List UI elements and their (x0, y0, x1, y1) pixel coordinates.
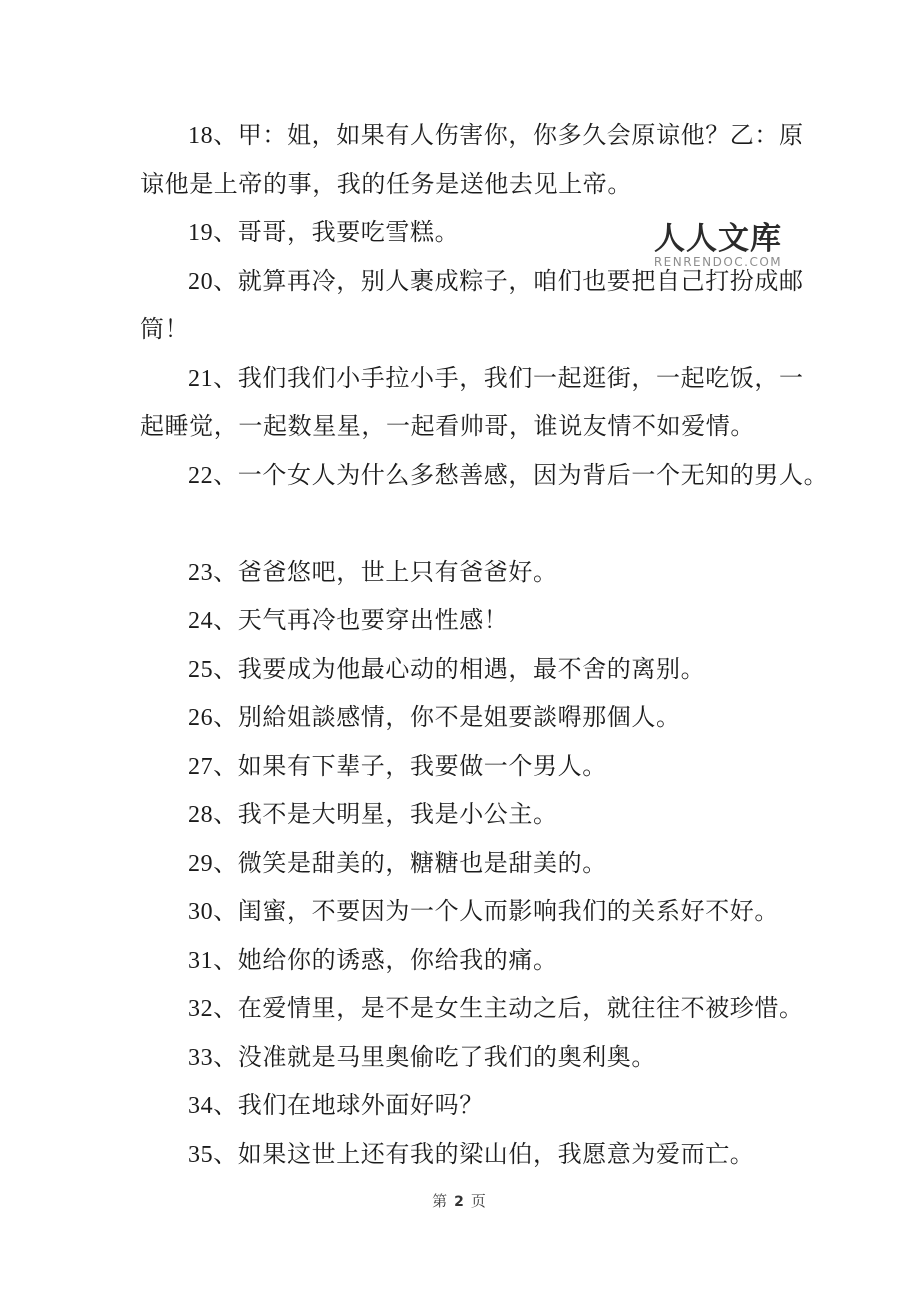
text-line: 30、闺蜜，不要因为一个人而影响我们的关系好不好。 (140, 888, 840, 937)
text-line: 20、就算再冷，别人裹成粽子，咱们也要把自己打扮成邮 (140, 258, 840, 307)
document-page: 人人文库 RENRENDOC.COM 18、甲：姐，如果有人伤害你，你多久会原谅… (0, 0, 920, 1302)
page-footer: 第2页 (0, 1190, 920, 1211)
text-line: 28、我不是大明星，我是小公主。 (140, 791, 840, 840)
text-line: 谅他是上帝的事，我的任务是送他去见上帝。 (140, 161, 840, 210)
text-line: 筒！ (140, 306, 840, 355)
text-line: 起睡觉，一起数星星，一起看帅哥，谁说友情不如爱情。 (140, 403, 840, 452)
text-line: 35、如果这世上还有我的梁山伯，我愿意为爱而亡。 (140, 1131, 840, 1180)
text-line: 24、天气再冷也要穿出性感！ (140, 597, 840, 646)
text-line: 19、哥哥，我要吃雪糕。 (140, 209, 840, 258)
footer-page-suffix: 页 (471, 1194, 488, 1210)
text-line: 27、如果有下辈子，我要做一个男人。 (140, 743, 840, 792)
page-number: 2 (449, 1194, 471, 1210)
text-line: 23、爸爸悠吧，世上只有爸爸好。 (140, 549, 840, 598)
text-line: 22、一个女人为什么多愁善感，因为背后一个无知的男人。 (140, 452, 840, 501)
text-line: 34、我们在地球外面好吗？ (140, 1082, 840, 1131)
text-line: 21、我们我们小手拉小手，我们一起逛街，一起吃饭，一 (140, 355, 840, 404)
text-line (140, 500, 840, 549)
text-line: 26、別給姐談感情，你不是姐要談嘚那個人。 (140, 694, 840, 743)
text-line: 32、在爱情里，是不是女生主动之后，就往往不被珍惜。 (140, 985, 840, 1034)
document-body: 18、甲：姐，如果有人伤害你，你多久会原谅他？乙：原谅他是上帝的事，我的任务是送… (140, 112, 840, 1179)
footer-page-prefix: 第 (432, 1194, 449, 1210)
text-line: 33、没准就是马里奥偷吃了我们的奥利奥。 (140, 1034, 840, 1083)
text-line: 29、微笑是甜美的，糖糖也是甜美的。 (140, 840, 840, 889)
text-line: 31、她给你的诱惑，你给我的痛。 (140, 937, 840, 986)
text-line: 18、甲：姐，如果有人伤害你，你多久会原谅他？乙：原 (140, 112, 840, 161)
text-line: 25、我要成为他最心动的相遇，最不舍的离别。 (140, 646, 840, 695)
